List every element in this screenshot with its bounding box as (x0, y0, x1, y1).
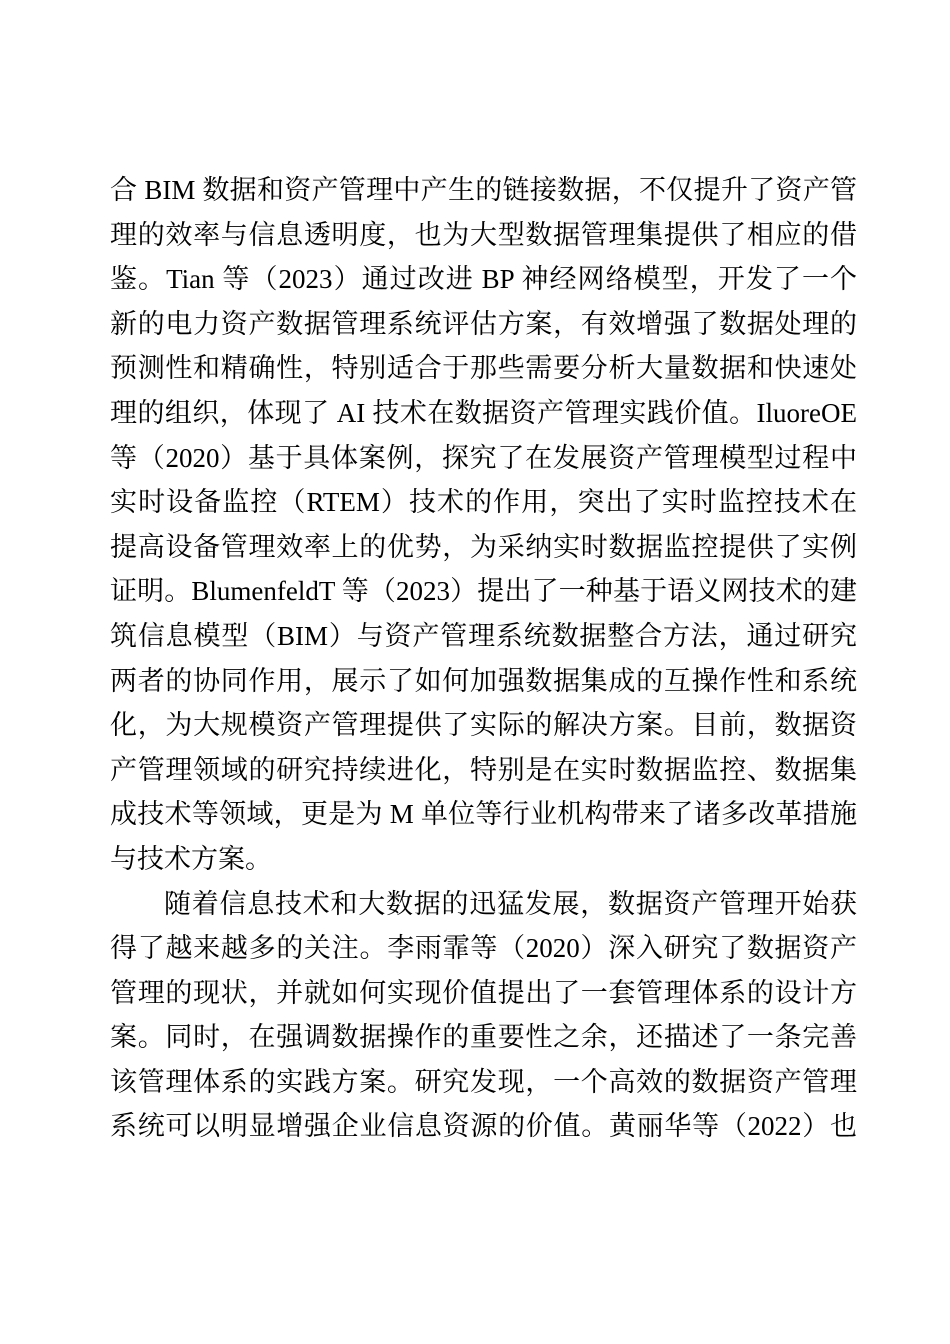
literature-review-paragraph-2: 随着信息技术和大数据的迅猛发展，数据资产管理开始获得了越来越多的关注。李雨霏等（… (110, 882, 857, 1150)
text-line: 管理的现状，并就如何实现价值提出了一套管理体系的设计方 (110, 971, 857, 1016)
text-line: 产管理领域的研究持续进化，特别是在实时数据监控、数据集 (110, 748, 857, 793)
text-line: 系统可以明显增强企业信息资源的价值。黄丽华等（2022）也 (110, 1104, 857, 1149)
text-line: 理的效率与信息透明度，也为大型数据管理集提供了相应的借 (110, 213, 857, 258)
document-page: 合 BIM 数据和资产管理中产生的链接数据，不仅提升了资产管理的效率与信息透明度… (0, 0, 950, 1344)
text-line: 证明。BlumenfeldT 等（2023）提出了一种基于语义网技术的建 (110, 569, 857, 614)
text-line: 预测性和精确性，特别适合于那些需要分析大量数据和快速处 (110, 346, 857, 391)
text-line: 鉴。Tian 等（2023）通过改进 BP 神经网络模型，开发了一个 (110, 257, 857, 302)
document-body: 合 BIM 数据和资产管理中产生的链接数据，不仅提升了资产管理的效率与信息透明度… (110, 168, 857, 1149)
text-line: 合 BIM 数据和资产管理中产生的链接数据，不仅提升了资产管 (110, 168, 857, 213)
text-line: 随着信息技术和大数据的迅猛发展，数据资产管理开始获 (110, 882, 857, 927)
text-line: 实时设备监控（RTEM）技术的作用，突出了实时监控技术在 (110, 480, 857, 525)
literature-review-paragraph-1: 合 BIM 数据和资产管理中产生的链接数据，不仅提升了资产管理的效率与信息透明度… (110, 168, 857, 882)
text-line: 得了越来越多的关注。李雨霏等（2020）深入研究了数据资产 (110, 926, 857, 971)
text-line: 化，为大规模资产管理提供了实际的解决方案。目前，数据资 (110, 703, 857, 748)
text-line: 两者的协同作用，展示了如何加强数据集成的互操作性和系统 (110, 659, 857, 704)
text-line: 案。同时，在强调数据操作的重要性之余，还描述了一条完善 (110, 1015, 857, 1060)
text-line: 新的电力资产数据管理系统评估方案，有效增强了数据处理的 (110, 302, 857, 347)
text-line: 等（2020）基于具体案例，探究了在发展资产管理模型过程中 (110, 436, 857, 481)
text-line: 理的组织，体现了 AI 技术在数据资产管理实践价值。IluoreOE (110, 391, 857, 436)
text-line: 该管理体系的实践方案。研究发现，一个高效的数据资产管理 (110, 1060, 857, 1105)
text-line: 成技术等领域，更是为 M 单位等行业机构带来了诸多改革措施 (110, 792, 857, 837)
text-line: 筑信息模型（BIM）与资产管理系统数据整合方法，通过研究 (110, 614, 857, 659)
text-line: 与技术方案。 (110, 837, 857, 882)
text-line: 提高设备管理效率上的优势，为采纳实时数据监控提供了实例 (110, 525, 857, 570)
